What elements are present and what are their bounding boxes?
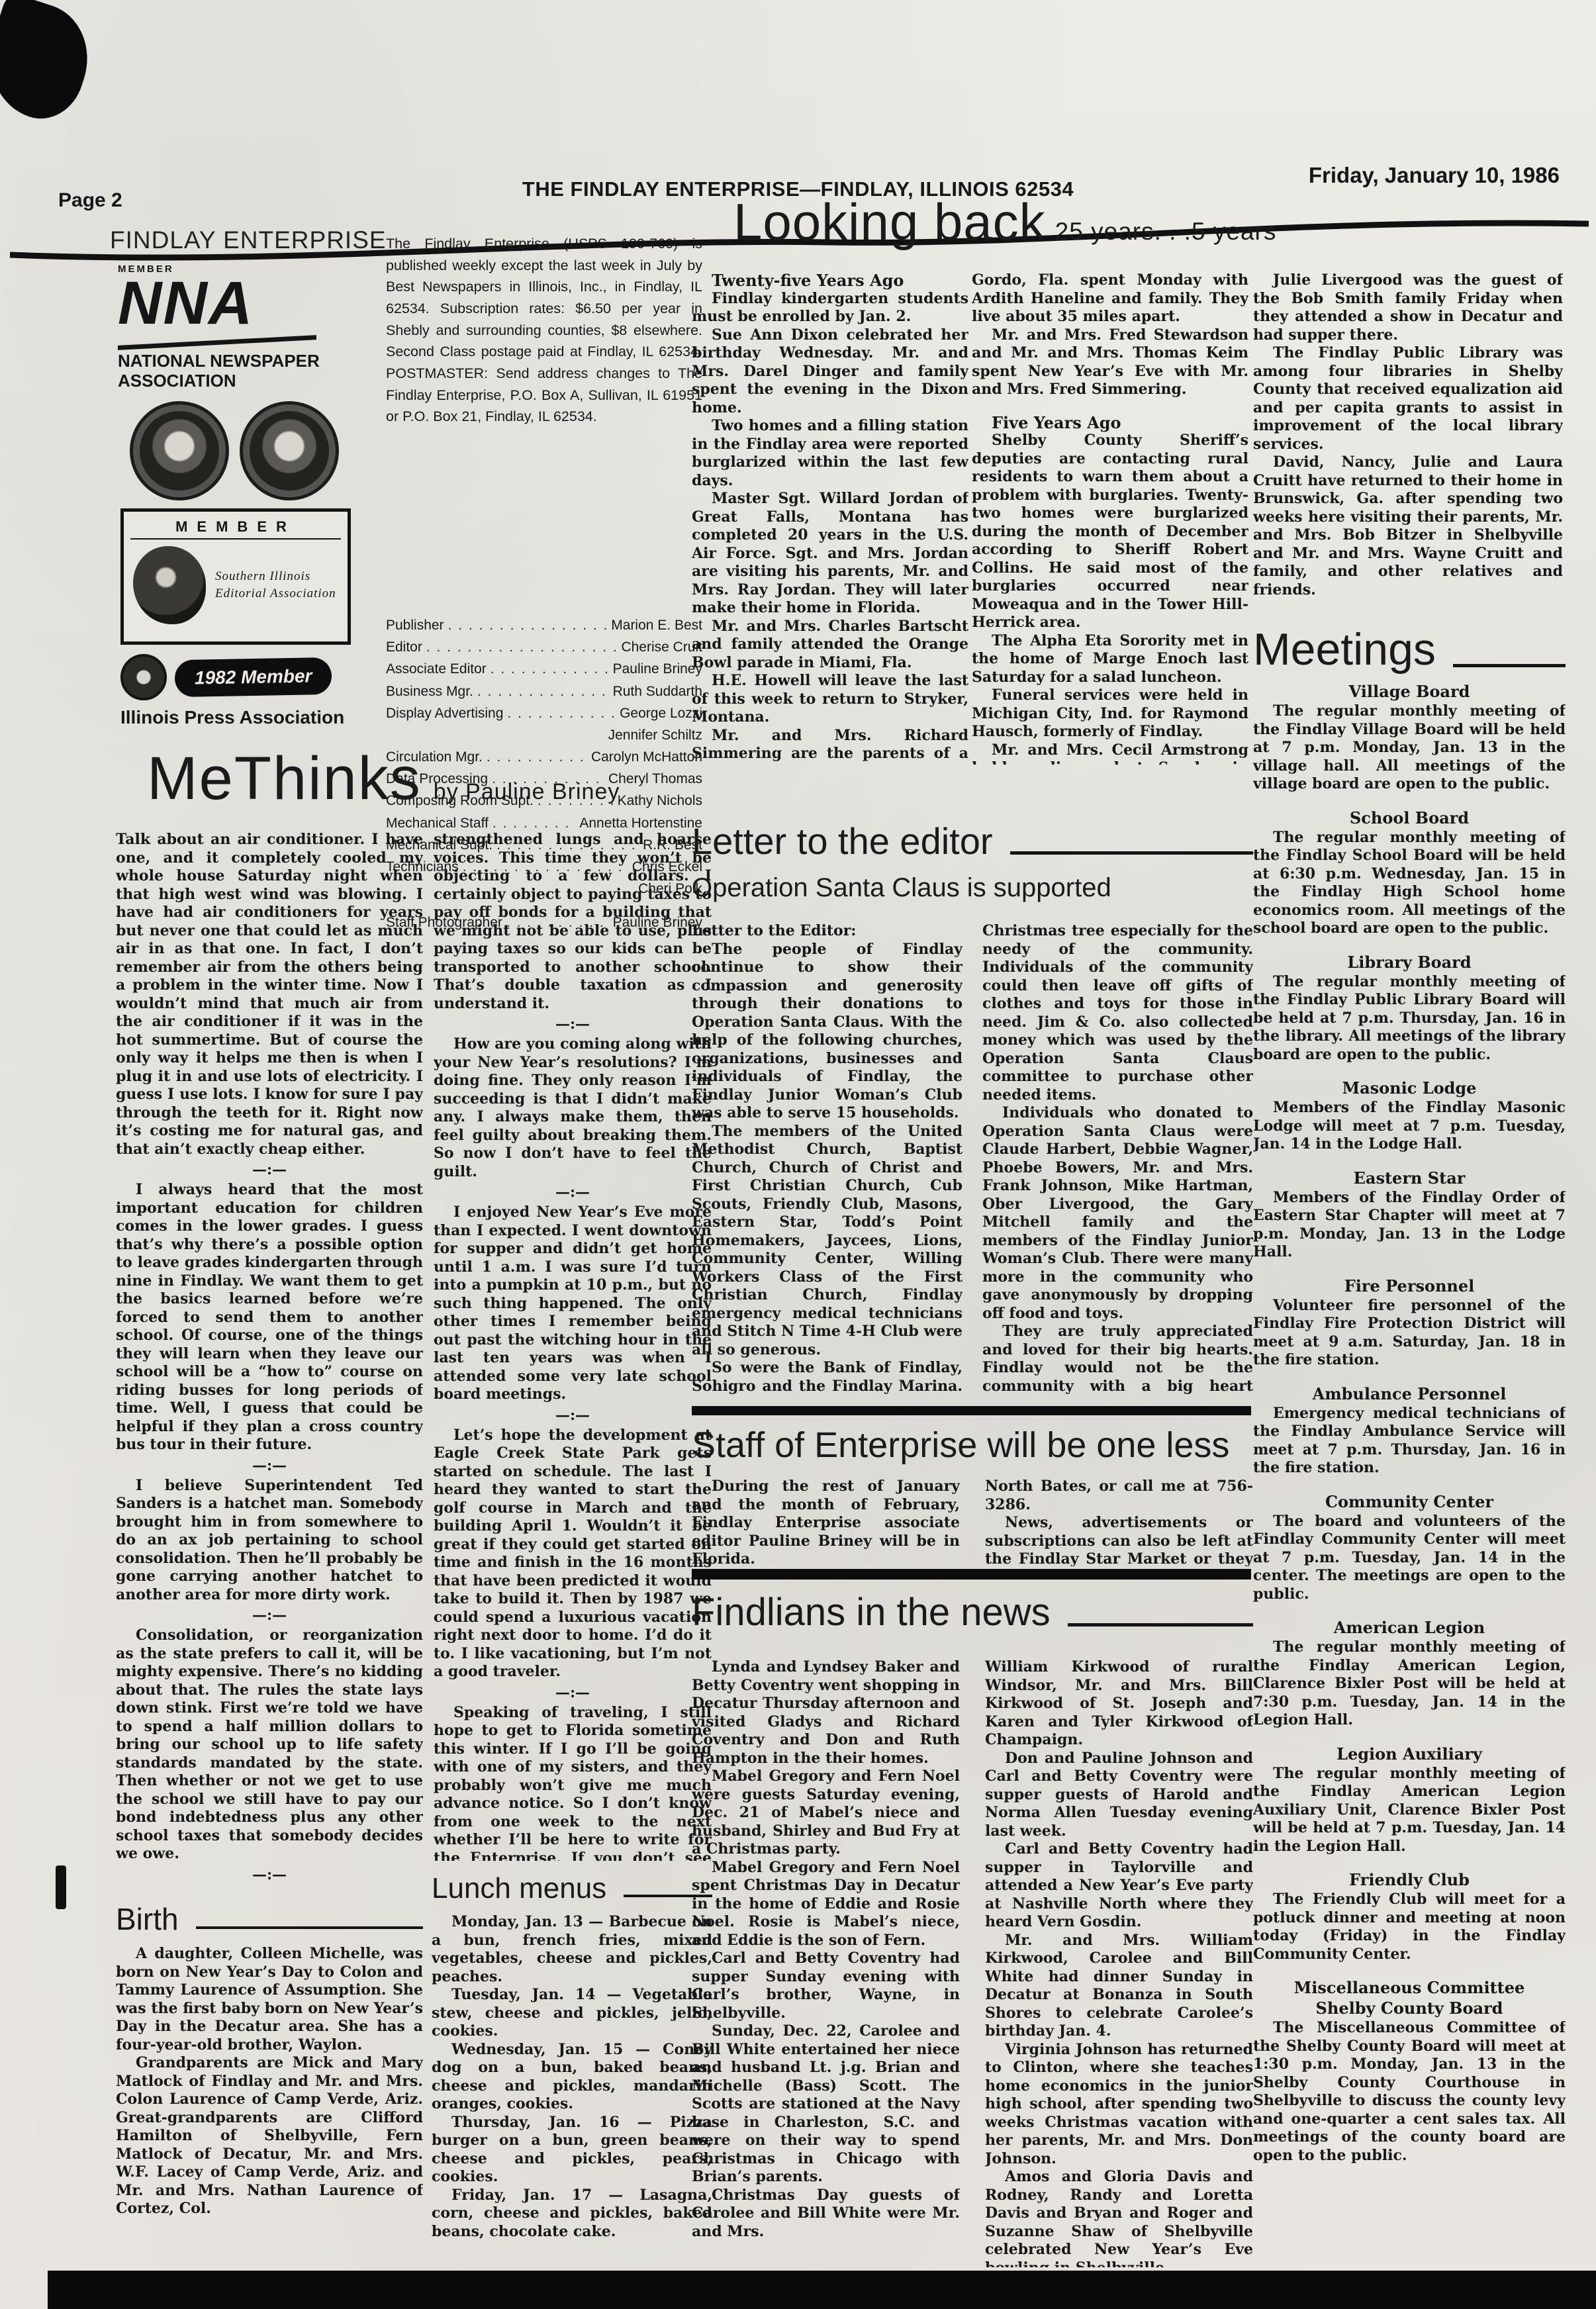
meeting-head: Eastern Star — [1253, 1168, 1566, 1188]
column-paragraph: I believe Superintendent Ted Sanders is … — [116, 1477, 423, 1605]
article-paragraph: Gordo, Fla. spent Monday with Ardith Han… — [972, 271, 1248, 326]
staff-row: Business Mgr.Ruth Suddarth — [386, 681, 702, 702]
nna-logo: MEMBER NNA NATIONAL NEWSPAPER ASSOCIATIO… — [118, 263, 377, 391]
methinks-byline: by Pauline Briney — [434, 779, 620, 804]
meeting-body: The regular monthly meeting of the Findl… — [1253, 702, 1566, 794]
eagle-emblem-icon — [133, 546, 206, 624]
letter-col1: Letter to the Editor: The people of Find… — [692, 922, 962, 1397]
ink-smudge-icon — [0, 0, 103, 129]
methinks-col1: Talk about an air conditioner. I have on… — [116, 831, 423, 1885]
meeting-head: Legion Auxiliary — [1253, 1744, 1566, 1764]
meeting-head: American Legion — [1253, 1618, 1566, 1637]
meeting-head: Miscellaneous Committee — [1253, 1978, 1566, 1997]
column-paragraph: I always heard that the most important e… — [116, 1181, 423, 1454]
letter-paragraph: The members of the United Methodist Chur… — [692, 1123, 962, 1360]
article-paragraph: Funeral services were held in Michigan C… — [972, 686, 1248, 741]
staff-row: EditorCherise Cruit — [386, 636, 702, 658]
menu-item: Thursday, Jan. 16 — Pizza burger on a bu… — [432, 2114, 712, 2187]
article-paragraph: Two homes and a filling station in the F… — [692, 417, 968, 490]
article-paragraph: Julie Livergood was the guest of the Bob… — [1253, 271, 1563, 344]
meeting-body: Members of the Findlay Masonic Lodge wil… — [1253, 1099, 1566, 1154]
meetings-title: Meetings — [1253, 624, 1436, 675]
bottom-scan-bar — [48, 2271, 1596, 2309]
meeting-head: Ambulance Personnel — [1253, 1384, 1566, 1403]
seal-icon — [240, 401, 339, 500]
staff-one-less-title: Staff of Enterprise will be one less — [692, 1425, 1253, 1466]
page-date: Friday, January 10, 1986 — [1309, 163, 1560, 188]
meeting-head: Village Board — [1253, 682, 1566, 701]
article-paragraph: Christmas Day guests of Carolee and Bill… — [692, 2187, 960, 2241]
menu-item: Tuesday, Jan. 14 — Vegetable stew, chees… — [432, 1986, 712, 2041]
press-association-badge: 1982 Member Illinois Press Association — [120, 654, 405, 728]
article-paragraph: The Alpha Eta Sorority met in the home o… — [972, 632, 1248, 687]
margin-ink-mark — [56, 1865, 66, 1909]
staff-one-less-col1: During the rest of January and the month… — [692, 1478, 960, 1566]
column-paragraph: I enjoyed New Year’s Eve more than I exp… — [434, 1203, 712, 1404]
section-head: Five Years Ago — [972, 414, 1248, 432]
letter-col2: Christmas tree especially for the needy … — [982, 922, 1253, 1397]
article-paragraph: Mr. and Mrs. Charles Bartscht and family… — [692, 618, 968, 673]
title-rule — [1068, 1623, 1253, 1626]
meeting-body: The regular monthly meeting of the Findl… — [1253, 1765, 1566, 1856]
seal-icon — [130, 401, 229, 500]
ipa-year-badge: 1982 Member — [175, 657, 332, 697]
article-paragraph: Findlay kindergarten students must be en… — [692, 290, 968, 326]
sie-member-label: MEMBER — [130, 512, 341, 540]
looking-back-col2: Gordo, Fla. spent Monday with Ardith Han… — [972, 271, 1248, 765]
sie-name: Southern Illinois Editorial Association — [215, 568, 338, 602]
article-paragraph: H.E. Howell will leave the last of this … — [692, 672, 968, 727]
meeting-body: Members of the Findlay Order of Eastern … — [1253, 1189, 1566, 1262]
column-paragraph: Talk about an air conditioner. I have on… — [116, 831, 423, 1158]
publication-statement: The Findlay Enterprise (USPS 190-760) is… — [386, 233, 702, 428]
divider-bar — [692, 1406, 1251, 1415]
findlians-section: Findlians in the news — [692, 1590, 1253, 1634]
staff-row: Display AdvertisingGeorge Lozzi — [386, 702, 702, 724]
staff-row: Associate EditorPauline Briney — [386, 658, 702, 680]
article-paragraph: Amos and Gloria Davis and Rodney, Randy … — [985, 2168, 1253, 2267]
dot-leader — [507, 702, 616, 724]
column-separator: —:— — [116, 1161, 423, 1178]
column-paragraph: How are you coming along with your New Y… — [434, 1035, 712, 1181]
seal-icon — [120, 654, 167, 700]
ipa-name: Illinois Press Association — [120, 707, 405, 728]
title-rule — [1010, 851, 1253, 855]
nameplate: FINDLAY ENTERPRISE — [110, 226, 387, 254]
staff-row: PublisherMarion E. Best — [386, 614, 702, 636]
article-paragraph: News, advertisements or subscriptions ca… — [985, 1514, 1253, 1566]
meeting-body: The regular monthly meeting of the Findl… — [1253, 829, 1566, 938]
meeting-head: Community Center — [1253, 1492, 1566, 1511]
letter-paragraph: Individuals who donated to Operation San… — [982, 1104, 1253, 1323]
letter-paragraph: So were the Bank of Findlay, Sohigro and… — [692, 1359, 962, 1397]
dot-leader — [448, 614, 608, 636]
newspaper-page: Page 2 THE FINDLAY ENTERPRISE—FINDLAY, I… — [0, 0, 1596, 2309]
lunch-menus-title: Lunch menus — [432, 1872, 606, 1905]
article-paragraph: During the rest of January and the month… — [692, 1478, 960, 1566]
article-paragraph: Mr. and Mrs. Richard Simmering are the p… — [692, 727, 968, 765]
letter-salutation: Letter to the Editor: — [692, 922, 962, 941]
meeting-head: Shelby County Board — [1253, 1999, 1566, 2018]
association-seals — [130, 401, 339, 500]
article-paragraph: Mr. and Mrs. Cecil Armstrong held a dinn… — [972, 741, 1248, 765]
meetings-section: Meetings Village Board The regular month… — [1253, 624, 1566, 2265]
meeting-head: Fire Personnel — [1253, 1276, 1566, 1296]
title-rule — [196, 1926, 423, 1929]
meeting-body: The regular monthly meeting of the Findl… — [1253, 973, 1566, 1064]
article-paragraph: Carl and Betty Coventry had supper in Ta… — [985, 1840, 1253, 1932]
letter-title: Letter to the editor — [692, 820, 993, 863]
letter-section: Letter to the editor Operation Santa Cla… — [692, 820, 1253, 903]
column-separator: —:— — [116, 1607, 423, 1624]
article-paragraph: Virginia Johnson has returned to Clinton… — [985, 2041, 1253, 2169]
methinks-title: MeThinksby Pauline Briney — [147, 744, 620, 814]
meetings-list: Village Board The regular monthly meetin… — [1253, 675, 1566, 2165]
meeting-head: Library Board — [1253, 953, 1566, 972]
article-paragraph: A daughter, Colleen Michelle, was born o… — [116, 1945, 423, 2054]
birth-title: Birth — [116, 1901, 179, 1937]
looking-back-title: Looking back25 years. . .5 years — [733, 192, 1276, 252]
dot-leader — [426, 636, 618, 658]
meeting-body: The Friendly Club will meet for a potluc… — [1253, 1891, 1566, 1963]
column-paragraph: strengthened lungs and hoarse voices. Th… — [434, 831, 712, 1013]
dot-leader — [477, 681, 609, 702]
menu-item: Wednesday, Jan. 15 — Coney dog on a bun,… — [432, 2041, 712, 2114]
article-paragraph: Sue Ann Dixon celebrated her birthday We… — [692, 326, 968, 418]
title-rule — [1453, 664, 1566, 667]
meeting-body: The Miscellaneous Committee of the Shelb… — [1253, 2019, 1566, 2165]
letter-paragraph: Christmas tree especially for the needy … — [982, 922, 1253, 1104]
article-paragraph: Grandparents are Mick and Mary Matlock o… — [116, 2054, 423, 2218]
looking-back-subtitle: 25 years. . .5 years — [1055, 218, 1277, 245]
column-separator: —:— — [434, 1015, 712, 1033]
looking-back-col3: Julie Livergood was the guest of the Bob… — [1253, 271, 1563, 616]
menu-item: Friday, Jan. 17 — Lasagna, corn, cheese … — [432, 2187, 712, 2241]
divider-bar — [692, 1569, 1251, 1579]
column-separator: —:— — [434, 1407, 712, 1424]
article-paragraph: Shelby County Sheriff’s deputies are con… — [972, 432, 1248, 632]
article-paragraph: Sunday, Dec. 22, Carolee and Bill White … — [692, 2022, 960, 2187]
column-paragraph: Let’s hope the development at Eagle Cree… — [434, 1427, 712, 1681]
article-paragraph: Carl and Betty Coventry had supper Sunda… — [692, 1950, 960, 2022]
letter-paragraph: The people of Findlay continue to show t… — [692, 941, 962, 1123]
menu-item: Monday, Jan. 13 — Barbecue on a bun, fre… — [432, 1913, 712, 1986]
column-paragraph: Speaking of traveling, I still hope to g… — [434, 1704, 712, 1861]
article-paragraph: William Kirkwood of rural Windsor, Mr. a… — [985, 1658, 1253, 1750]
column-separator: —:— — [434, 1684, 712, 1701]
staff-one-less-col2: North Bates, or call me at 756-3286. New… — [985, 1478, 1253, 1566]
column-separator: —:— — [116, 1866, 423, 1883]
meeting-body: Emergency medical technicians of the Fin… — [1253, 1405, 1566, 1478]
methinks-col2: strengthened lungs and hoarse voices. Th… — [434, 831, 712, 1861]
findlians-col2: William Kirkwood of rural Windsor, Mr. a… — [985, 1658, 1253, 2267]
dot-leader — [491, 658, 609, 680]
meeting-head: Masonic Lodge — [1253, 1078, 1566, 1098]
letter-subtitle: Operation Santa Claus is supported — [692, 873, 1253, 903]
birth-section: Birth A daughter, Colleen Michelle, was … — [116, 1901, 423, 2271]
looking-back-col1: Twenty-five Years Ago Findlay kindergart… — [692, 271, 968, 765]
findlians-col1: Lynda and Lyndsey Baker and Betty Covent… — [692, 1658, 960, 2267]
article-paragraph: Mr. and Mrs. William Kirkwood, Carolee a… — [985, 1932, 1253, 2041]
article-paragraph: The Findlay Public Library was among fou… — [1253, 344, 1563, 453]
column-separator: —:— — [434, 1184, 712, 1201]
findlians-title: Findlians in the news — [692, 1590, 1051, 1634]
column-paragraph: Consolidation, or reorganization as the … — [116, 1626, 423, 1863]
meeting-body: The board and volunteers of the Findlay … — [1253, 1513, 1566, 1604]
article-paragraph: Mabel Gregory and Fern Noel were guests … — [692, 1767, 960, 1859]
section-head: Twenty-five Years Ago — [692, 271, 968, 290]
article-paragraph: Mr. and Mrs. Fred Stewardson and Mr. and… — [972, 326, 1248, 399]
lunch-menus-section: Lunch menus Monday, Jan. 13 — Barbecue o… — [432, 1872, 712, 2269]
staff-row: Jennifer Schiltz — [386, 724, 702, 746]
editorial-association-box: MEMBER Southern Illinois Editorial Assoc… — [120, 508, 351, 645]
meeting-body: The regular monthly meeting of the Findl… — [1253, 1638, 1566, 1730]
meeting-head: School Board — [1253, 808, 1566, 827]
nna-name: NATIONAL NEWSPAPER ASSOCIATION — [118, 352, 369, 390]
meeting-body: Volunteer fire personnel of the Findlay … — [1253, 1297, 1566, 1370]
column-separator: —:— — [116, 1457, 423, 1474]
article-paragraph: Mabel Gregory and Fern Noel spent Christ… — [692, 1859, 960, 1950]
article-paragraph: North Bates, or call me at 756-3286. — [985, 1478, 1253, 1514]
letter-paragraph: They are truly appreciated and loved for… — [982, 1323, 1253, 1397]
article-paragraph: Don and Pauline Johnson and Carl and Bet… — [985, 1750, 1253, 1841]
nna-abbr: NNA — [118, 275, 377, 332]
meeting-head: Friendly Club — [1253, 1870, 1566, 1889]
article-paragraph: Lynda and Lyndsey Baker and Betty Covent… — [692, 1658, 960, 1767]
article-paragraph: Master Sgt. Willard Jordan of Great Fall… — [692, 490, 968, 618]
staff-one-less-section: Staff of Enterprise will be one less — [692, 1425, 1253, 1466]
article-paragraph: David, Nancy, Julie and Laura Cruitt hav… — [1253, 453, 1563, 599]
